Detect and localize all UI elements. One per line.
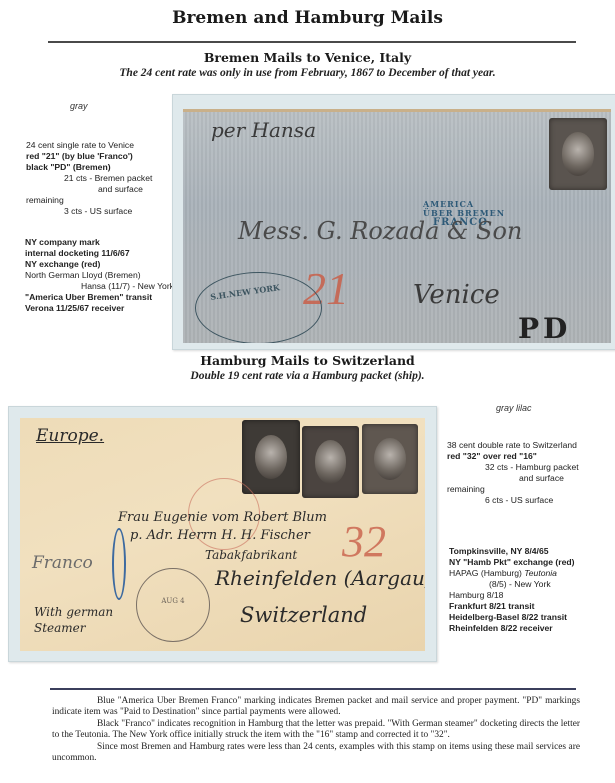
route-line: (8/5) - New York	[449, 579, 614, 590]
route-line: NY "Hamb Pkt" exchange (red)	[449, 557, 614, 568]
page-title: Bremen and Hamburg Mails	[0, 8, 615, 28]
route-line: Frankfurt 8/21 transit	[449, 601, 614, 612]
route-line: "America Uber Bremen" transit	[25, 292, 180, 303]
route-line: North German Lloyd (Bremen)	[25, 270, 180, 281]
cover2-country: Switzerland	[240, 603, 367, 627]
cover1-envelope: per Hansa AMERICA ÜBER BREMEN FRANCO Mes…	[183, 109, 611, 343]
section1-subtitle: The 24 cent rate was only in use from Fe…	[0, 67, 615, 79]
stamp-1	[242, 420, 300, 494]
cover2-addr-line1: Frau Eugenie vom Robert Blum	[118, 510, 327, 525]
route-line: internal docketing 11/6/67	[25, 248, 180, 259]
route-line: Rheinfelden 8/22 receiver	[449, 623, 614, 634]
split-line: 21 cts - Bremen packet	[26, 173, 176, 184]
mark-line: red "21" (by blue 'Franco')	[26, 151, 176, 162]
mark-line: black "PD" (Bremen)	[26, 162, 176, 173]
route-line: HAPAG (Hamburg) Teutonia	[449, 568, 614, 579]
cover2-tompkinsville-cds: AUG 4	[136, 568, 210, 642]
section2-route-notes: Tompkinsville, NY 8/4/65 NY "Hamb Pkt" e…	[449, 546, 614, 634]
section1-title: Bremen Mails to Venice, Italy	[0, 50, 615, 65]
route-line: Hansa (11/7) - New York	[25, 281, 180, 292]
cover1-oval-postmark: S.H.NEW YORK	[195, 272, 322, 343]
route-line: NY exchange (red)	[25, 259, 180, 270]
cover2-steamer-docket: With german Steamer	[34, 604, 119, 636]
route-line: Heidelberg-Basel 8/22 transit	[449, 612, 614, 623]
cover1-pd-mark: PD	[518, 312, 571, 343]
header-rule	[48, 41, 576, 43]
section2-subtitle: Double 19 cent rate via a Hamburg packet…	[0, 370, 615, 382]
section1-route-notes: NY company mark internal docketing 11/6/…	[25, 237, 180, 314]
split-line: and surface	[26, 184, 176, 195]
cover2-envelope: Europe. Frau Eugenie vom Robert Blum p. …	[20, 418, 425, 651]
stamp-2	[302, 426, 359, 498]
cover1-docket: per Hansa	[211, 118, 316, 142]
footer-rule	[50, 688, 576, 690]
mark-line: red "32" over red "16"	[447, 451, 612, 462]
section1-stamp-color: gray	[70, 101, 88, 111]
cover2-blue-crayon-mark	[112, 528, 126, 600]
footer-text: Blue "America Uber Bremen Franco" markin…	[52, 696, 580, 764]
route-line: Tompkinsville, NY 8/4/65	[449, 546, 614, 557]
cover2-franco: Franco	[32, 553, 93, 573]
split-line: 6 cts - US surface	[447, 495, 612, 506]
cover1-city: Venice	[413, 280, 500, 310]
section1-rate-notes: 24 cent single rate to Venice red "21" (…	[26, 140, 176, 217]
section2-title: Hamburg Mails to Switzerland	[0, 353, 615, 368]
rate-line: 38 cent double rate to Switzerland	[447, 440, 612, 451]
split-line: 3 cts - US surface	[26, 206, 176, 217]
cover2-docket: Europe.	[36, 426, 104, 446]
split-line: 32 cts - Hamburg packet	[447, 462, 612, 473]
route-line: Hamburg 8/18	[449, 590, 614, 601]
footer-paragraph: Black "Franco" indicates recognition in …	[52, 719, 580, 742]
cover2-addr-line3: Tabakfabrikant	[205, 548, 297, 562]
cover2-addr-line2: p. Adr. Herrn H. H. Fischer	[130, 528, 310, 543]
route-line: Verona 11/25/67 receiver	[25, 303, 180, 314]
footer-paragraph: Since most Bremen and Hamburg rates were…	[52, 742, 580, 765]
stamp-24c-gray	[549, 118, 607, 190]
section2-stamp-color: gray lilac	[496, 403, 532, 413]
rate-line: 24 cent single rate to Venice	[26, 140, 176, 151]
cover2-red-rate-mark: 32	[342, 516, 386, 567]
split-line: and surface	[447, 473, 612, 484]
cover2-city: Rheinfelden (Aargau)	[215, 566, 425, 590]
remaining-label: remaining	[447, 484, 612, 495]
remaining-label: remaining	[26, 195, 176, 206]
cover1-address: Mess. G. Rozada & Son	[238, 217, 522, 245]
footer-paragraph: Blue "America Uber Bremen Franco" markin…	[52, 696, 580, 719]
section2-rate-notes: 38 cent double rate to Switzerland red "…	[447, 440, 612, 506]
stamp-3-gray-lilac	[362, 424, 418, 494]
route-line: NY company mark	[25, 237, 180, 248]
